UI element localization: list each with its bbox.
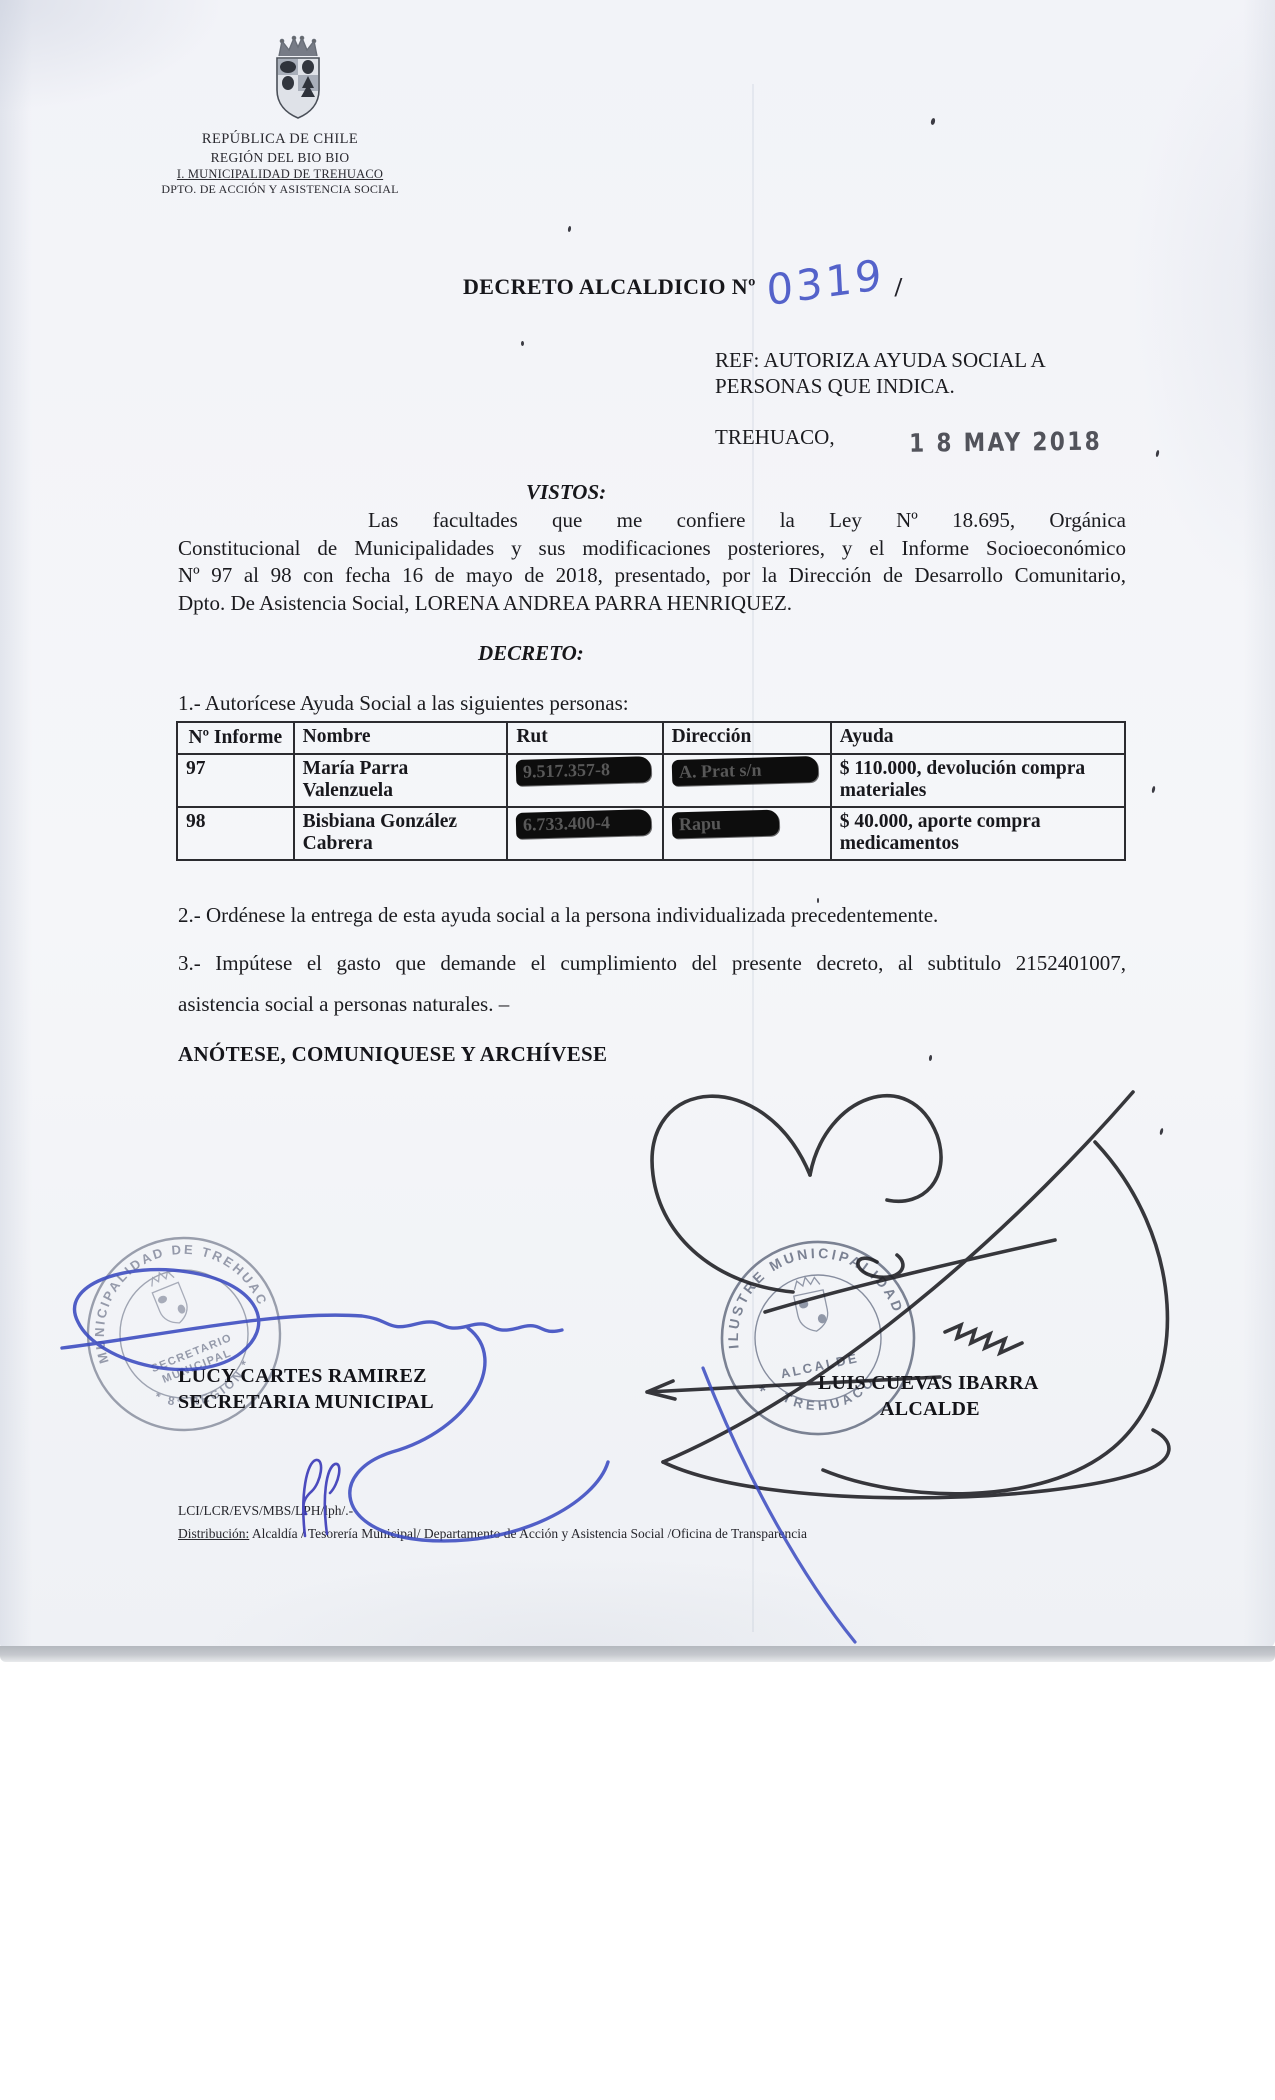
letterhead-region: REGIÓN DEL BIO BIO	[115, 149, 445, 166]
vistos-paragraph: Las facultades que me confiere la Ley Nº…	[178, 507, 1126, 617]
vistos-heading: VISTOS:	[526, 480, 606, 505]
reference-block: REF: AUTORIZA AYUDA SOCIAL A PERSONAS QU…	[715, 348, 1115, 399]
cell-nombre: María Parra Valenzuela	[294, 754, 508, 807]
col-header-ayuda: Ayuda	[831, 722, 1125, 754]
redaction-bar: Rapu	[671, 810, 779, 839]
date-stamp: 1 8 MAY 2018	[909, 428, 1102, 459]
redacted-rut: 6.733.400-4	[523, 813, 611, 835]
letterhead: REPÚBLICA DE CHILE REGIÓN DEL BIO BIO I.…	[115, 34, 445, 197]
decree-title: DECRETO ALCALDICIO Nº 0319 /	[463, 266, 903, 307]
screenshot-root: REPÚBLICA DE CHILE REGIÓN DEL BIO BIO I.…	[0, 0, 1275, 2100]
letterhead-municipality: I. MUNICIPALIDAD DE TREHUACO	[115, 166, 445, 182]
cell-direccion: Rapu	[663, 807, 831, 860]
chile-coat-of-arms-icon	[267, 34, 329, 126]
vistos-line: Las facultades que me confiere la Ley Nº…	[178, 507, 1126, 535]
aid-table-header-row: Nº Informe Nombre Rut Dirección Ayuda	[177, 722, 1125, 754]
vistos-line: Nº 97 al 98 con fecha 16 de mayo de 2018…	[178, 562, 1126, 590]
redacted-direccion: Rapu	[678, 814, 721, 835]
table-row: 97 María Parra Valenzuela 9.517.357-8 A.…	[177, 754, 1125, 807]
mayor-signature	[555, 1050, 1195, 1670]
redaction-bar: A. Prat s/n	[671, 756, 818, 786]
redaction-bar: 6.733.400-4	[516, 810, 651, 840]
letterhead-country: REPÚBLICA DE CHILE	[115, 130, 445, 149]
decree-item-3-line1: 3.- Impútese el gasto que demande el cum…	[178, 943, 1126, 984]
table-row: 98 Bisbiana González Cabrera 6.733.400-4…	[177, 807, 1125, 860]
letterhead-department: DPTO. DE ACCIÓN Y ASISTENCIA SOCIAL	[115, 182, 445, 197]
decree-title-label: DECRETO ALCALDICIO Nº	[463, 266, 756, 300]
redacted-rut: 9.517.357-8	[523, 760, 611, 782]
handwritten-initials	[285, 1452, 349, 1540]
col-header-direccion: Dirección	[663, 722, 831, 754]
vistos-line: Dpto. De Asistencia Social, LORENA ANDRE…	[178, 590, 1126, 618]
scan-speck	[521, 341, 524, 346]
redacted-direccion: A. Prat s/n	[678, 760, 761, 782]
decreto-heading: DECRETO:	[478, 641, 584, 666]
decree-title-slash: /	[895, 266, 903, 303]
aid-table: Nº Informe Nombre Rut Dirección Ayuda 97…	[176, 721, 1126, 861]
closing-line: ANÓTESE, COMUNIQUESE Y ARCHÍVESE	[178, 1042, 607, 1067]
decree-item-3-line2: asistencia social a personas naturales. …	[178, 984, 1126, 1025]
redaction-bar: 9.517.357-8	[516, 757, 651, 787]
decree-item-2: 2.- Ordénese la entrega de esta ayuda so…	[178, 903, 938, 928]
decree-item-1: 1.- Autorícese Ayuda Social a las siguie…	[178, 691, 629, 716]
vistos-line: Constitucional de Municipalidades y sus …	[178, 535, 1126, 563]
col-header-rut: Rut	[507, 722, 662, 754]
place-label: TREHUACO,	[715, 425, 835, 450]
col-header-informe: Nº Informe	[177, 722, 294, 754]
cell-nombre: Bisbiana González Cabrera	[294, 807, 508, 860]
reference-line1: REF: AUTORIZA AYUDA SOCIAL A	[715, 348, 1115, 374]
cell-ayuda: $ 110.000, devolución compra materiales	[831, 754, 1125, 807]
cell-rut: 6.733.400-4	[507, 807, 662, 860]
cell-direccion: A. Prat s/n	[663, 754, 831, 807]
secretary-signature	[40, 1240, 620, 1660]
cell-informe: 97	[177, 754, 294, 807]
cell-ayuda: $ 40.000, aporte compra medicamentos	[831, 807, 1125, 860]
cell-informe: 98	[177, 807, 294, 860]
decree-item-3: 3.- Impútese el gasto que demande el cum…	[178, 943, 1126, 1025]
cell-rut: 9.517.357-8	[507, 754, 662, 807]
reference-line2: PERSONAS QUE INDICA.	[715, 374, 1115, 400]
col-header-nombre: Nombre	[294, 722, 508, 754]
